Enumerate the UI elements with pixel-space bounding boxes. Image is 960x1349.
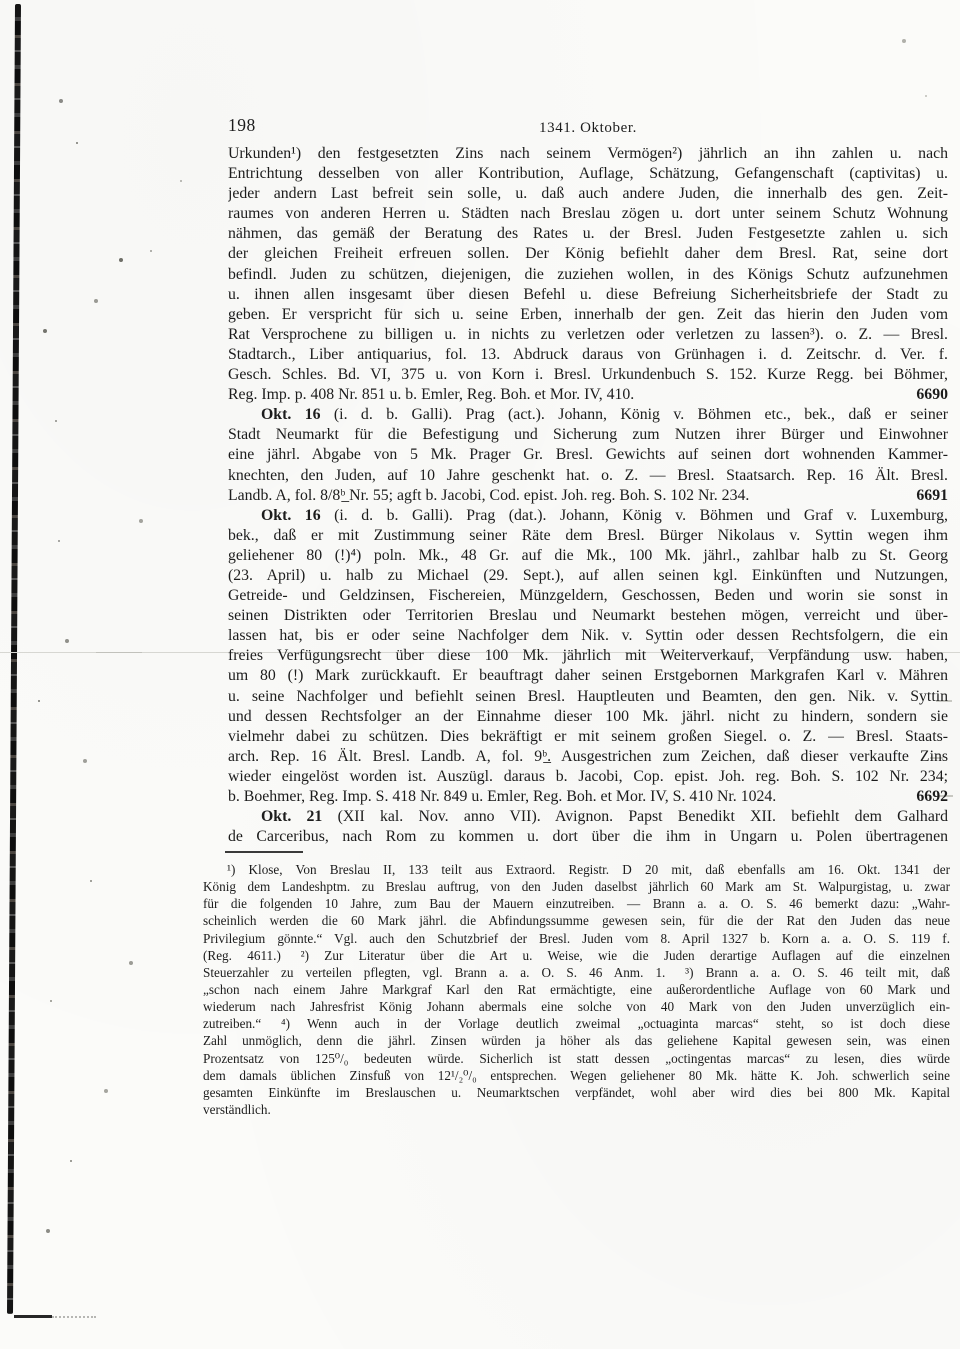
text-line: Okt. 16 (i. d. b. Galli). Prag (dat.). J… [228,506,948,526]
footnote-line: Steuerzahler zu verteilen pflegten, vgl.… [203,964,950,981]
binding-foot-mark [14,1315,52,1318]
footnote-line: König dem Landeshptm. zu Breslau auftrug… [203,878,950,895]
text-line: de Carceribus, nach Rom zu kommen u. dor… [228,827,948,847]
footnote-separator [225,851,303,853]
text-line: der gleichen Freiheit erfreuen sollen. D… [228,244,948,264]
text-line: arch. Rep. 16 Ält. Bresl. Landb. A, fol.… [228,747,948,767]
running-header: 1341. Oktober. [228,120,948,137]
text-line: Stadtarch., Liber antiquarius, fol. 13. … [228,345,948,365]
main-text-block: Urkunden¹) den festgesetzten Zins nach s… [228,144,948,847]
footnote-line: dem damals üblichen Zinsfuß von 12¹/₂⁰/₀… [203,1067,950,1084]
footnote-line: (Reg. 4611.) ²) Zur Literatur über die A… [203,947,950,964]
entry-last-line: Landb. A, fol. 8/8ᵇ̲ Nr. 55; agft b. Jac… [228,486,948,506]
text-line: Rat Versprochene zu billigen u. in nicht… [228,325,948,345]
text-line: Getreide- und Geldzinsen, Fischereien, M… [228,586,948,606]
regest-number: 6690 [916,385,948,405]
text-line: knechten, den Juden, auf 10 Jahre gesche… [228,466,948,486]
text-line: vielmehr dabei zu schützen. Dies bekräft… [228,727,948,747]
entry-reference-text: b. Boehmer, Reg. Imp. S. 418 Nr. 849 u. … [228,787,776,807]
text-line: jeder andern Last befreit sein solle, u.… [228,184,948,204]
text-line: geliehener 80 (!)⁴) poln. Mk., 48 Gr. au… [228,546,948,566]
footnote-line: verständlich. [203,1101,950,1118]
entry-last-line: b. Boehmer, Reg. Imp. S. 418 Nr. 849 u. … [228,787,948,807]
entry-reference-text: Landb. A, fol. 8/8ᵇ̲ Nr. 55; agft b. Jac… [228,486,749,506]
text-line: raumes von anderen Herren u. Städten nac… [228,204,948,224]
entry-reference-text: Reg. Imp. p. 408 Nr. 851 u. b. Emler, Re… [228,385,634,405]
footnote-line: Prozentsatz von 125⁰/₀ bedeuten würde. S… [203,1050,950,1067]
text-line: Okt. 21 (XII kal. Nov. anno VII). Avigno… [228,807,948,827]
entry-last-line: Reg. Imp. p. 408 Nr. 851 u. b. Emler, Re… [228,385,948,405]
regest-number: 6692 [916,787,948,807]
text-line: befindl. Juden zu schützen, diejenigen, … [228,265,948,285]
text-line: nähmen, das gemäß der Beratung des Rates… [228,224,948,244]
footnote-line: scheinlich werden die 60 Mark jährl. die… [203,912,950,929]
binding-foot-mark-faint [52,1316,96,1318]
footnote-line: ¹) Klose, Von Breslau II, 133 teilt aus … [203,861,950,878]
text-line: (23. April) u. halb zu Michael (29. Sept… [228,566,948,586]
text-line: wieder eingelöst worden ist. Auszügl. da… [228,767,948,787]
footnote-line: Privilegium gönnte.“ Vgl. auch den Schut… [203,930,950,947]
text-line: geben. Er verspricht für sich u. seine E… [228,305,948,325]
text-line: seinen Distrikten oder Territorien Bresl… [228,606,948,626]
text-line: Urkunden¹) den festgesetzten Zins nach s… [228,144,948,164]
text-line: u. seine Nachfolger und befiehlt seinen … [228,687,948,707]
scanned-book-page: 198 1341. Oktober. Urkunden¹) den festge… [0,0,960,1349]
dust-specks [0,0,2,2]
text-line: und dessen Rechtsfolger an der Einnahme … [228,707,948,727]
footnote-line: „schon nach einem Jahre Markgraf Karl de… [203,981,950,998]
footnotes-block: ¹) Klose, Von Breslau II, 133 teilt aus … [203,861,950,1118]
footnote-line: Zahl unmöglich, denn die jährl. Zinsen w… [203,1032,950,1049]
text-line: eine jährl. Abgabe von 5 Mk. Prager Gr. … [228,445,948,465]
text-line: Stadt Neumarkt für die Befestigung und S… [228,425,948,445]
text-line: bek., daß er mit Zustimmung seiner Räte … [228,526,948,546]
regest-number: 6691 [916,486,948,506]
text-line: u. ihnen allen insgesamt über diesen Bef… [228,285,948,305]
footnote-line: für die folgenden 10 Jahre, zum Bau der … [203,895,950,912]
footnote-line: zutreiben.“ ⁴) Wenn auch in der Vorlage … [203,1015,950,1032]
footnote-line: wiederum nach Jahresfrist König Johann a… [203,998,950,1015]
footnote-line: gesamten Einkünfte im Breslauschen u. Ne… [203,1084,950,1101]
text-line: Gesch. Schles. Bd. VI, 375 u. von Korn i… [228,365,948,385]
binding-edge-artifact [7,4,21,1314]
text-line: freies Verfügungsrecht über diese 100 Mk… [228,646,948,666]
text-line: lassen hat, bis er oder seine Nachfolger… [228,626,948,646]
text-line: Okt. 16 (i. d. b. Galli). Prag (act.). J… [228,405,948,425]
text-line: um 80 (!) Mark zurückkauft. Er beauftrag… [228,666,948,686]
text-line: Entrichtung desselben von aller Kontribu… [228,164,948,184]
